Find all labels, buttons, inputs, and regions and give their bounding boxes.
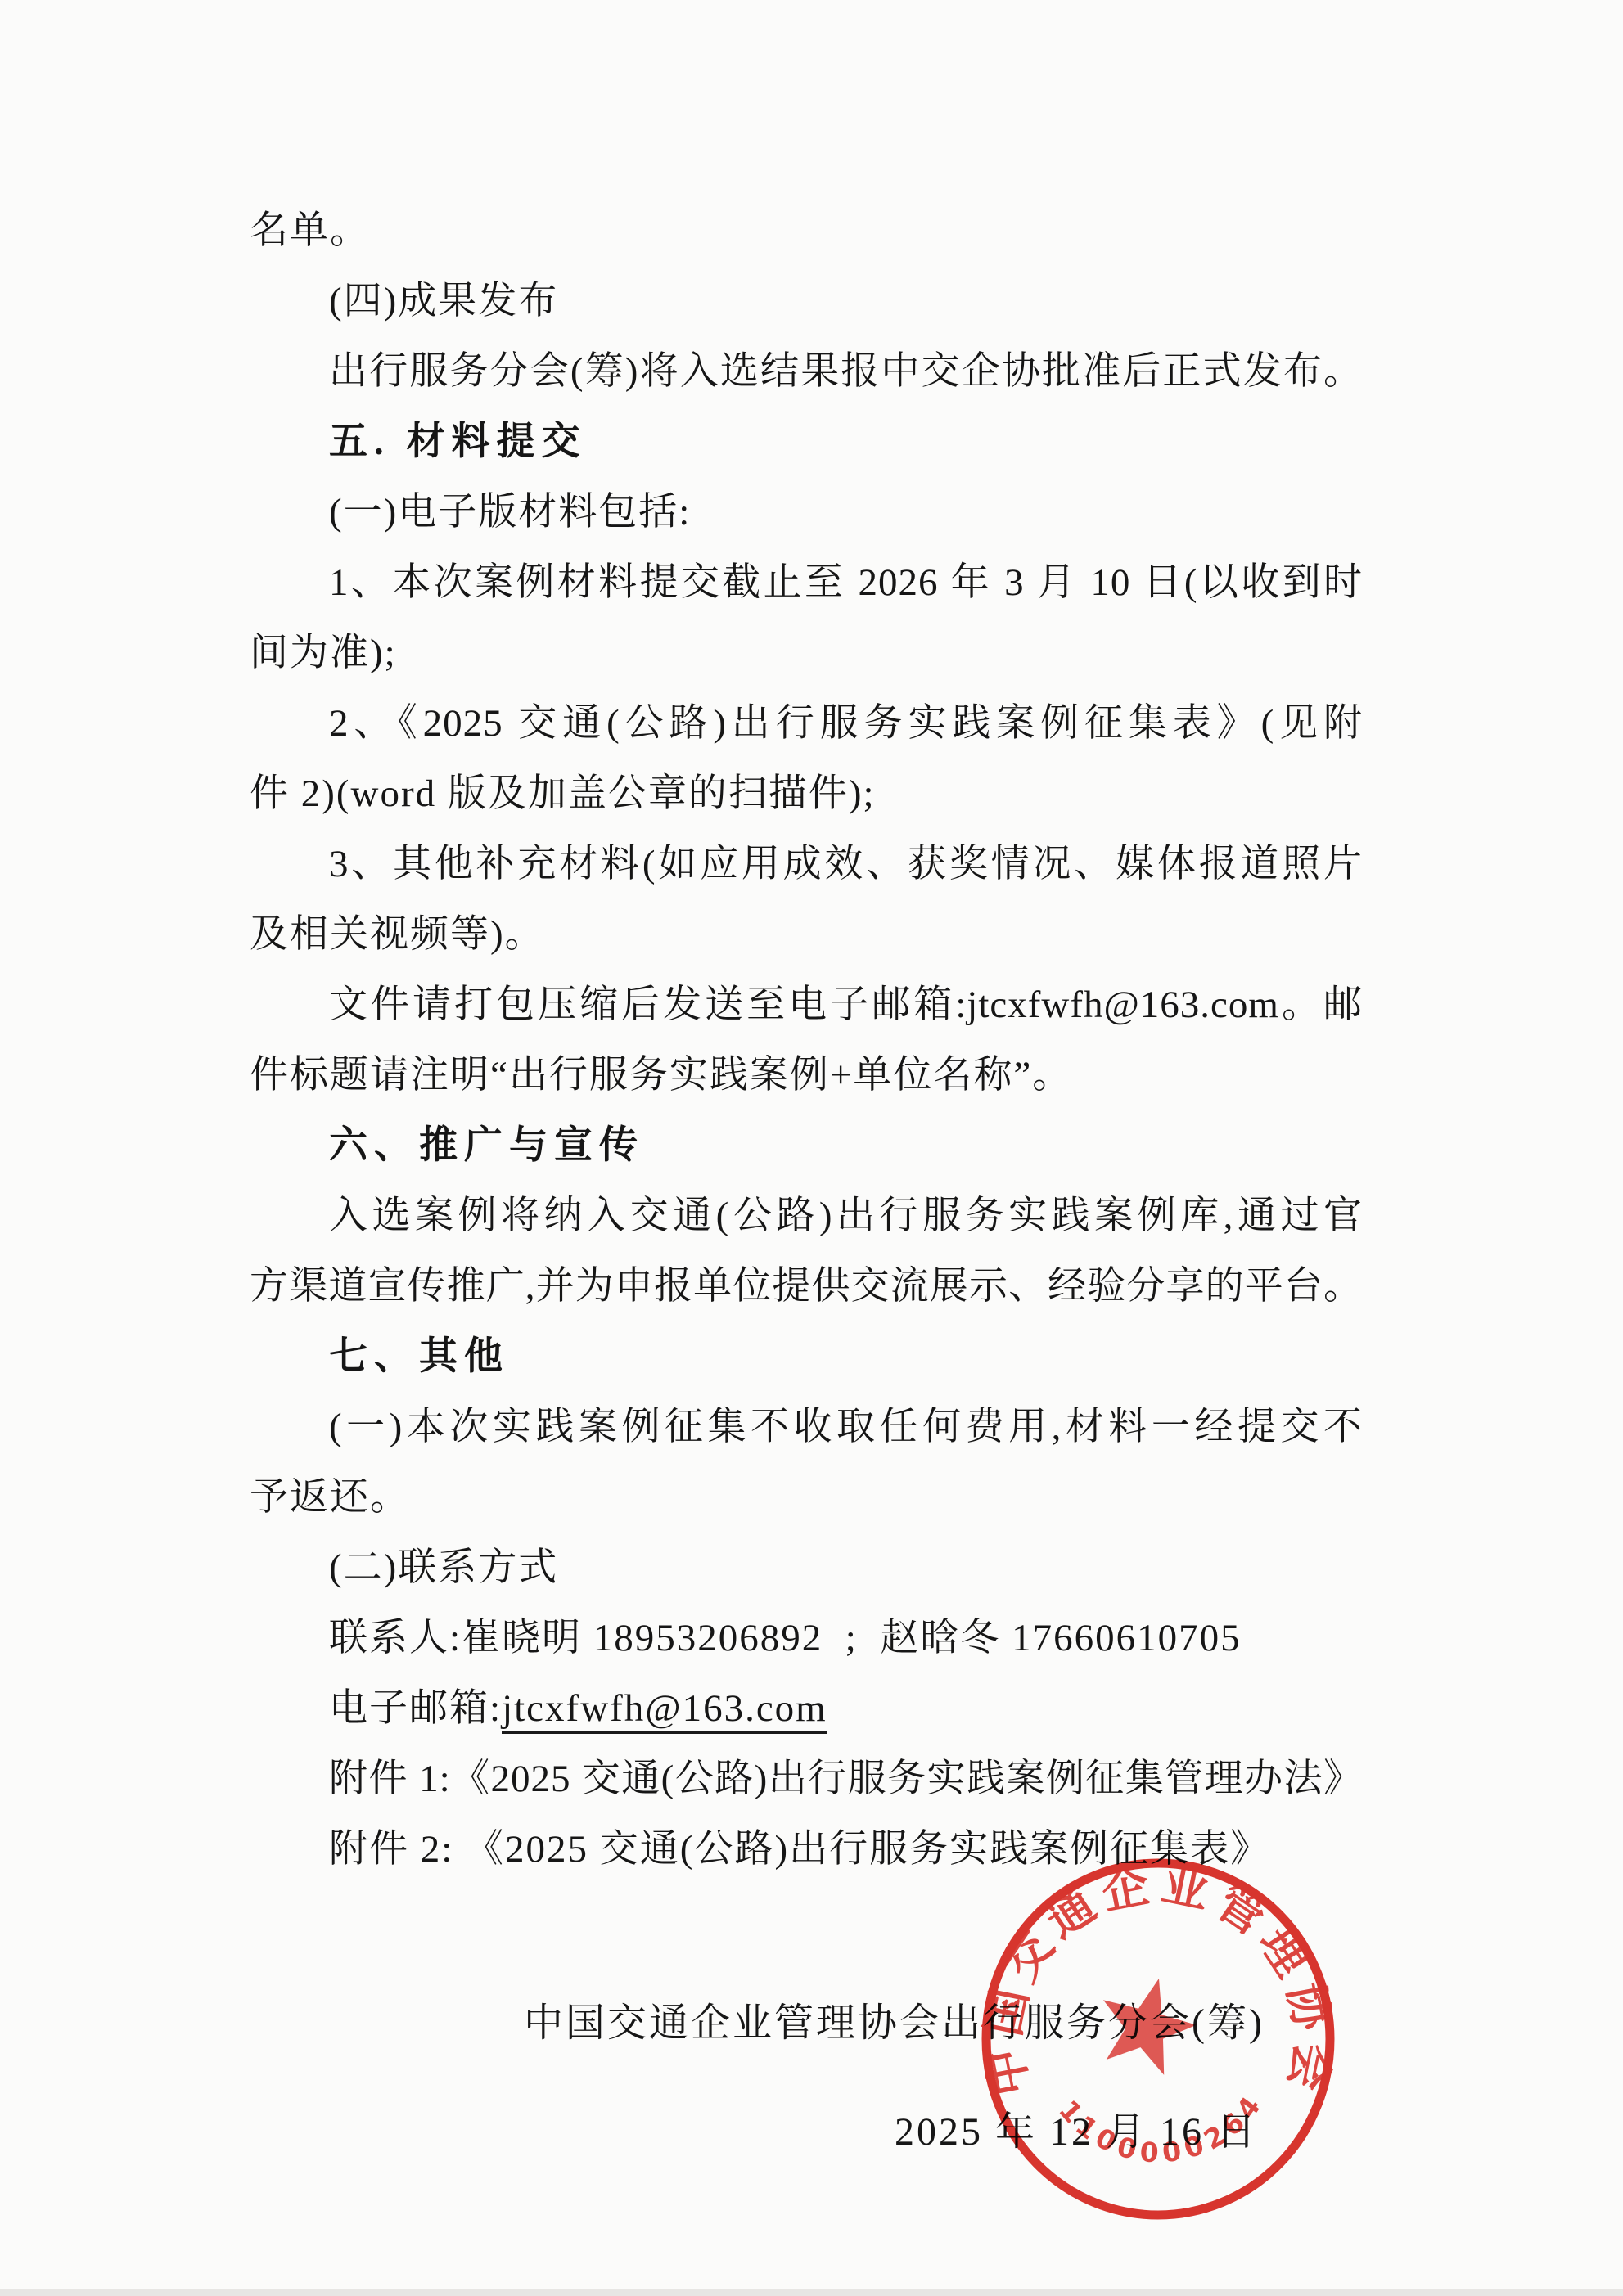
text-line: 联系人:崔晓明 18953206892 ; 赵晗冬 17660610705 [329,1616,1242,1661]
text-line: 出行服务分会(筹)将入选结果报中交企协批准后正式发布。 [329,349,1363,394]
text-line: 五. 材料提交 [329,420,587,465]
text-line: 入选案例将纳入交通(公路)出行服务实践案例库,通过官 [329,1194,1363,1239]
text-segment: 电子邮箱: [329,1687,502,1730]
text-line: 及相关视频等)。 [250,912,545,957]
text-line: (一)本次实践案例征集不收取任何费用,材料一经提交不 [329,1405,1363,1450]
text-line: 方渠道宣传推广,并为申报单位提供交流展示、经验分享的平台。 [250,1264,1363,1309]
text-line: 2、《2025 交通(公路)出行服务实践案例征集表》(见附 [329,701,1363,746]
text-line: 附件 1:《2025 交通(公路)出行服务实践案例征集管理办法》 [329,1757,1363,1802]
text-line: 六、推广与宣传 [329,1123,644,1168]
text-line: 件标题请注明“出行服务实践案例+单位名称”。 [250,1053,1072,1098]
text-line: 文件请打包压缩后发送至电子邮箱:jtcxfwfh@163.com。邮 [329,983,1363,1028]
page-bottom-shadow [0,2289,1623,2296]
text-line: 名单。 [250,209,370,254]
official-seal-stamp: 中国交通企业管理协会 1100000264993 [959,1836,1357,2242]
document-page: 名单。(四)成果发布出行服务分会(筹)将入选结果报中交企协批准后正式发布。五. … [0,0,1623,2296]
star-icon [1103,1979,1197,2075]
text-line: (一)电子版材料包括: [329,490,691,535]
text-line: 电子邮箱:jtcxfwfh@163.com [329,1686,827,1731]
text-line: (二)联系方式 [329,1546,558,1591]
text-line: 七、其他 [329,1335,509,1380]
text-line: 予返还。 [250,1475,410,1520]
text-line: (四)成果发布 [329,279,558,324]
text-line: 件 2)(word 版及加盖公章的扫描件); [250,772,876,817]
text-line: 间为准); [250,631,397,676]
text-line: 3、其他补充材料(如应用成效、获奖情况、媒体报道照片 [329,842,1363,887]
text-line: 1、本次案例材料提交截止至 2026 年 3 月 10 日(以收到时 [329,560,1363,606]
email-underlined: jtcxfwfh@163.com [502,1687,827,1734]
